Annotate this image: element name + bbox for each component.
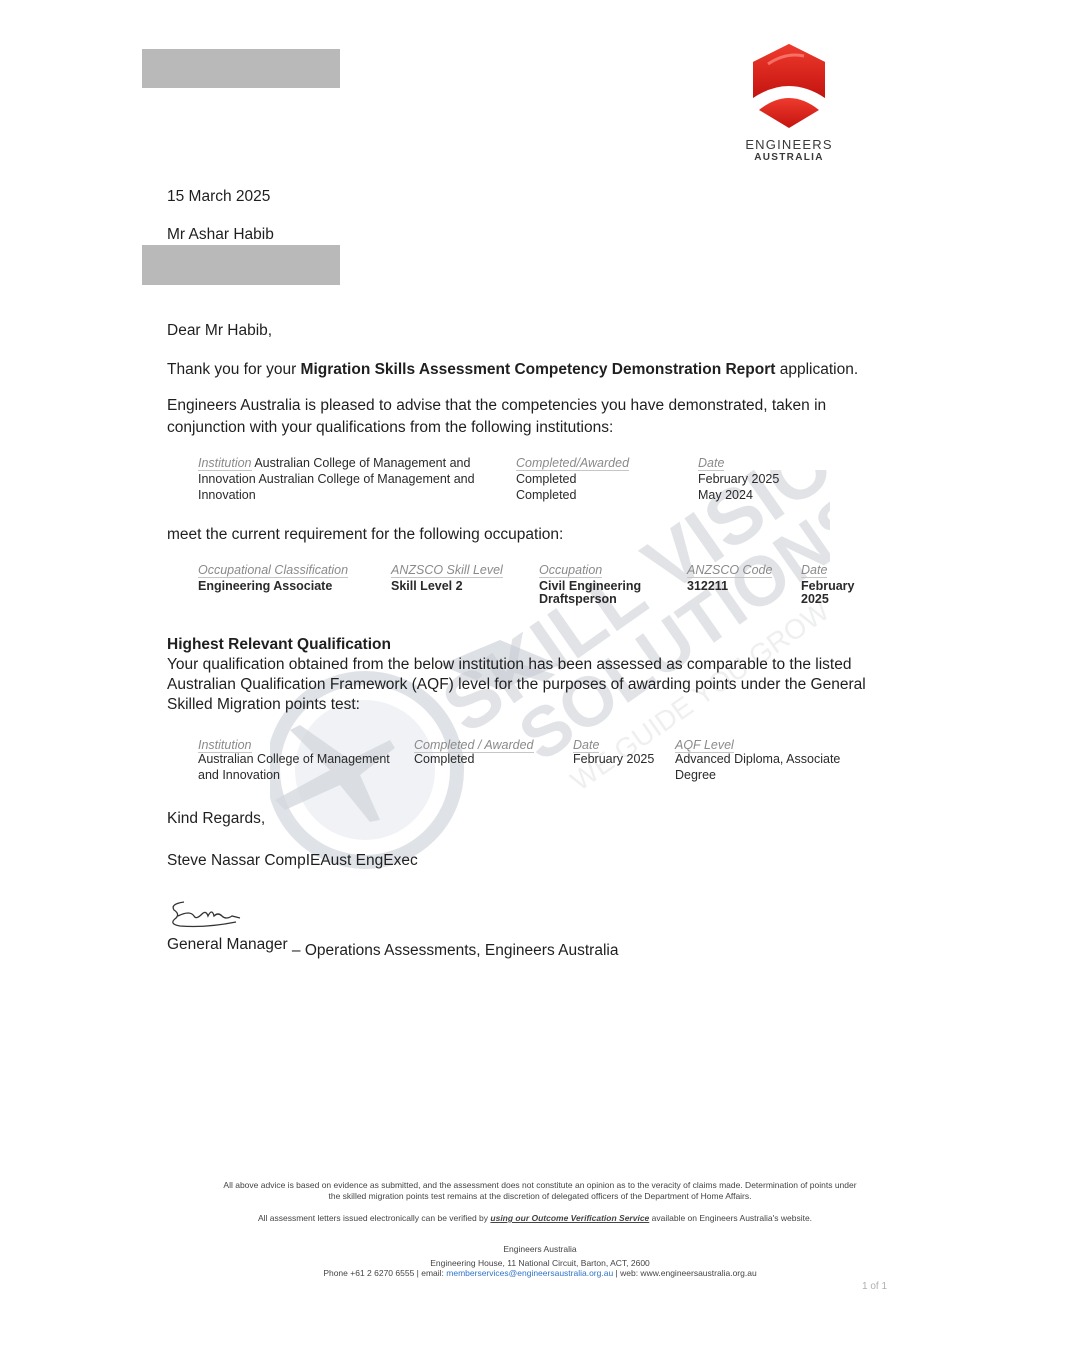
- skill-level-column: ANZSCO Skill Level Skill Level 2: [391, 562, 503, 594]
- date-row-1: February 2025: [698, 471, 779, 487]
- hrq-line2: Australian Qualification Framework (AQF)…: [167, 675, 866, 695]
- logo-text-australia: AUSTRALIA: [730, 152, 848, 163]
- application-type: Migration Skills Assessment Competency D…: [301, 361, 776, 378]
- phone-text: Phone +61 2 6270 6555 | email:: [323, 1268, 446, 1278]
- date-column: Date February 2025 May 2024: [698, 455, 779, 503]
- hrq-title: Highest Relevant Qualification: [167, 634, 391, 656]
- aqf-level-column: AQF Level Advanced Diploma, Associate De…: [675, 737, 840, 783]
- redacted-address-block: [142, 245, 340, 285]
- institution-text-line3: Innovation: [198, 487, 498, 503]
- verify-suffix: available on Engineers Australia's websi…: [649, 1213, 812, 1223]
- competency-paragraph: Engineers Australia is pleased to advise…: [167, 395, 867, 439]
- date-row-2: May 2024: [698, 487, 779, 503]
- occupation-intro: meet the current requirement for the fol…: [167, 524, 563, 546]
- anzsco-code-column: ANZSCO Code 312211: [687, 562, 772, 594]
- header-occupation-date: Date: [801, 563, 827, 578]
- engineers-australia-logo: ENGINEERS AUSTRALIA: [730, 40, 848, 165]
- signature-icon: [166, 898, 246, 932]
- salutation: Dear Mr Habib,: [167, 320, 272, 342]
- header-skill-level: ANZSCO Skill Level: [391, 563, 503, 578]
- signatory-name: Steve Nassar CompIEAust EngExec: [167, 850, 418, 872]
- aqf-institution-line1: Australian College of Management: [198, 751, 390, 767]
- occupation-column: Occupation Civil Engineering Draftsperso…: [539, 562, 641, 607]
- closing: Kind Regards,: [167, 808, 265, 830]
- completed-column: Completed/Awarded Completed Completed: [516, 455, 629, 503]
- classification-value: Engineering Associate: [198, 578, 348, 594]
- institution-text-line1: Australian College of Management and: [254, 456, 470, 470]
- aqf-date-column: Date February 2025: [573, 737, 654, 767]
- anzsco-code-value: 312211: [687, 578, 772, 594]
- aqf-completed-value: Completed: [414, 751, 534, 767]
- hrq-paragraph: Your qualification obtained from the bel…: [167, 655, 866, 715]
- signatory-title: General Manager – Operations Assessments…: [167, 934, 618, 956]
- aqf-level-line1: Advanced Diploma, Associate: [675, 751, 840, 767]
- logo-text-engineers: ENGINEERS: [730, 137, 848, 152]
- classification-column: Occupational Classification Engineering …: [198, 562, 348, 594]
- aqf-completed-column: Completed / Awarded Completed: [414, 737, 534, 767]
- redacted-block-top: [142, 49, 340, 88]
- hrq-line3: Skilled Migration points test:: [167, 695, 866, 715]
- title-role: General Manager: [167, 936, 288, 953]
- intro-prefix: Thank you for your: [167, 361, 301, 378]
- aqf-table: Institution Australian College of Manage…: [198, 737, 878, 787]
- aqf-date-value: February 2025: [573, 751, 654, 767]
- intro-suffix: application.: [775, 361, 858, 378]
- email-link[interactable]: memberservices@engineersaustralia.org.au: [446, 1268, 613, 1278]
- occupation-table: Occupational Classification Engineering …: [198, 562, 878, 612]
- completed-row-2: Completed: [516, 487, 629, 503]
- occupation-date-column: Date February 2025: [801, 562, 855, 607]
- page-indicator: 1 of 1: [862, 1281, 887, 1292]
- watermark-line2: SOLUTIONS: [505, 478, 830, 776]
- header-anzsco-code: ANZSCO Code: [687, 563, 772, 578]
- verify-prefix: All assessment letters issued electronic…: [258, 1213, 490, 1223]
- disclaimer: All above advice is based on evidence as…: [150, 1180, 930, 1202]
- completed-row-1: Completed: [516, 471, 629, 487]
- aqf-institution-column: Institution Australian College of Manage…: [198, 737, 390, 783]
- contact-line: Phone +61 2 6270 6555 | email: memberser…: [150, 1268, 930, 1279]
- hexagon-logo-icon: [730, 40, 848, 132]
- web-text: | web: www.engineersaustralia.org.au: [613, 1268, 756, 1278]
- header-date: Date: [698, 456, 724, 471]
- letter-date: 15 March 2025: [167, 186, 270, 208]
- institution-text-line2: Innovation Australian College of Managem…: [198, 471, 498, 487]
- recipient-name: Mr Ashar Habib: [167, 224, 274, 246]
- header-completed: Completed/Awarded: [516, 456, 629, 471]
- aqf-level-line2: Degree: [675, 767, 840, 783]
- aqf-institution-line2: and Innovation: [198, 767, 390, 783]
- institution-cell: Institution Australian College of Manage…: [198, 455, 498, 503]
- verification-note: All assessment letters issued electronic…: [150, 1213, 920, 1224]
- signature: [166, 898, 246, 937]
- header-classification: Occupational Classification: [198, 563, 348, 578]
- org-name: Engineers Australia: [150, 1244, 930, 1255]
- skill-level-value: Skill Level 2: [391, 578, 503, 594]
- header-occupation: Occupation: [539, 563, 602, 578]
- title-department: – Operations Assessments, Engineers Aust…: [288, 942, 619, 959]
- header-institution: Institution: [198, 456, 252, 471]
- intro-paragraph: Thank you for your Migration Skills Asse…: [167, 359, 858, 381]
- disclaimer-line2: the skilled migration points test remain…: [150, 1191, 930, 1202]
- outcome-verification-link[interactable]: using our Outcome Verification Service: [490, 1213, 649, 1223]
- hrq-line1: Your qualification obtained from the bel…: [167, 655, 866, 675]
- disclaimer-line1: All above advice is based on evidence as…: [150, 1180, 930, 1191]
- institutions-table: Institution Australian College of Manage…: [198, 455, 818, 505]
